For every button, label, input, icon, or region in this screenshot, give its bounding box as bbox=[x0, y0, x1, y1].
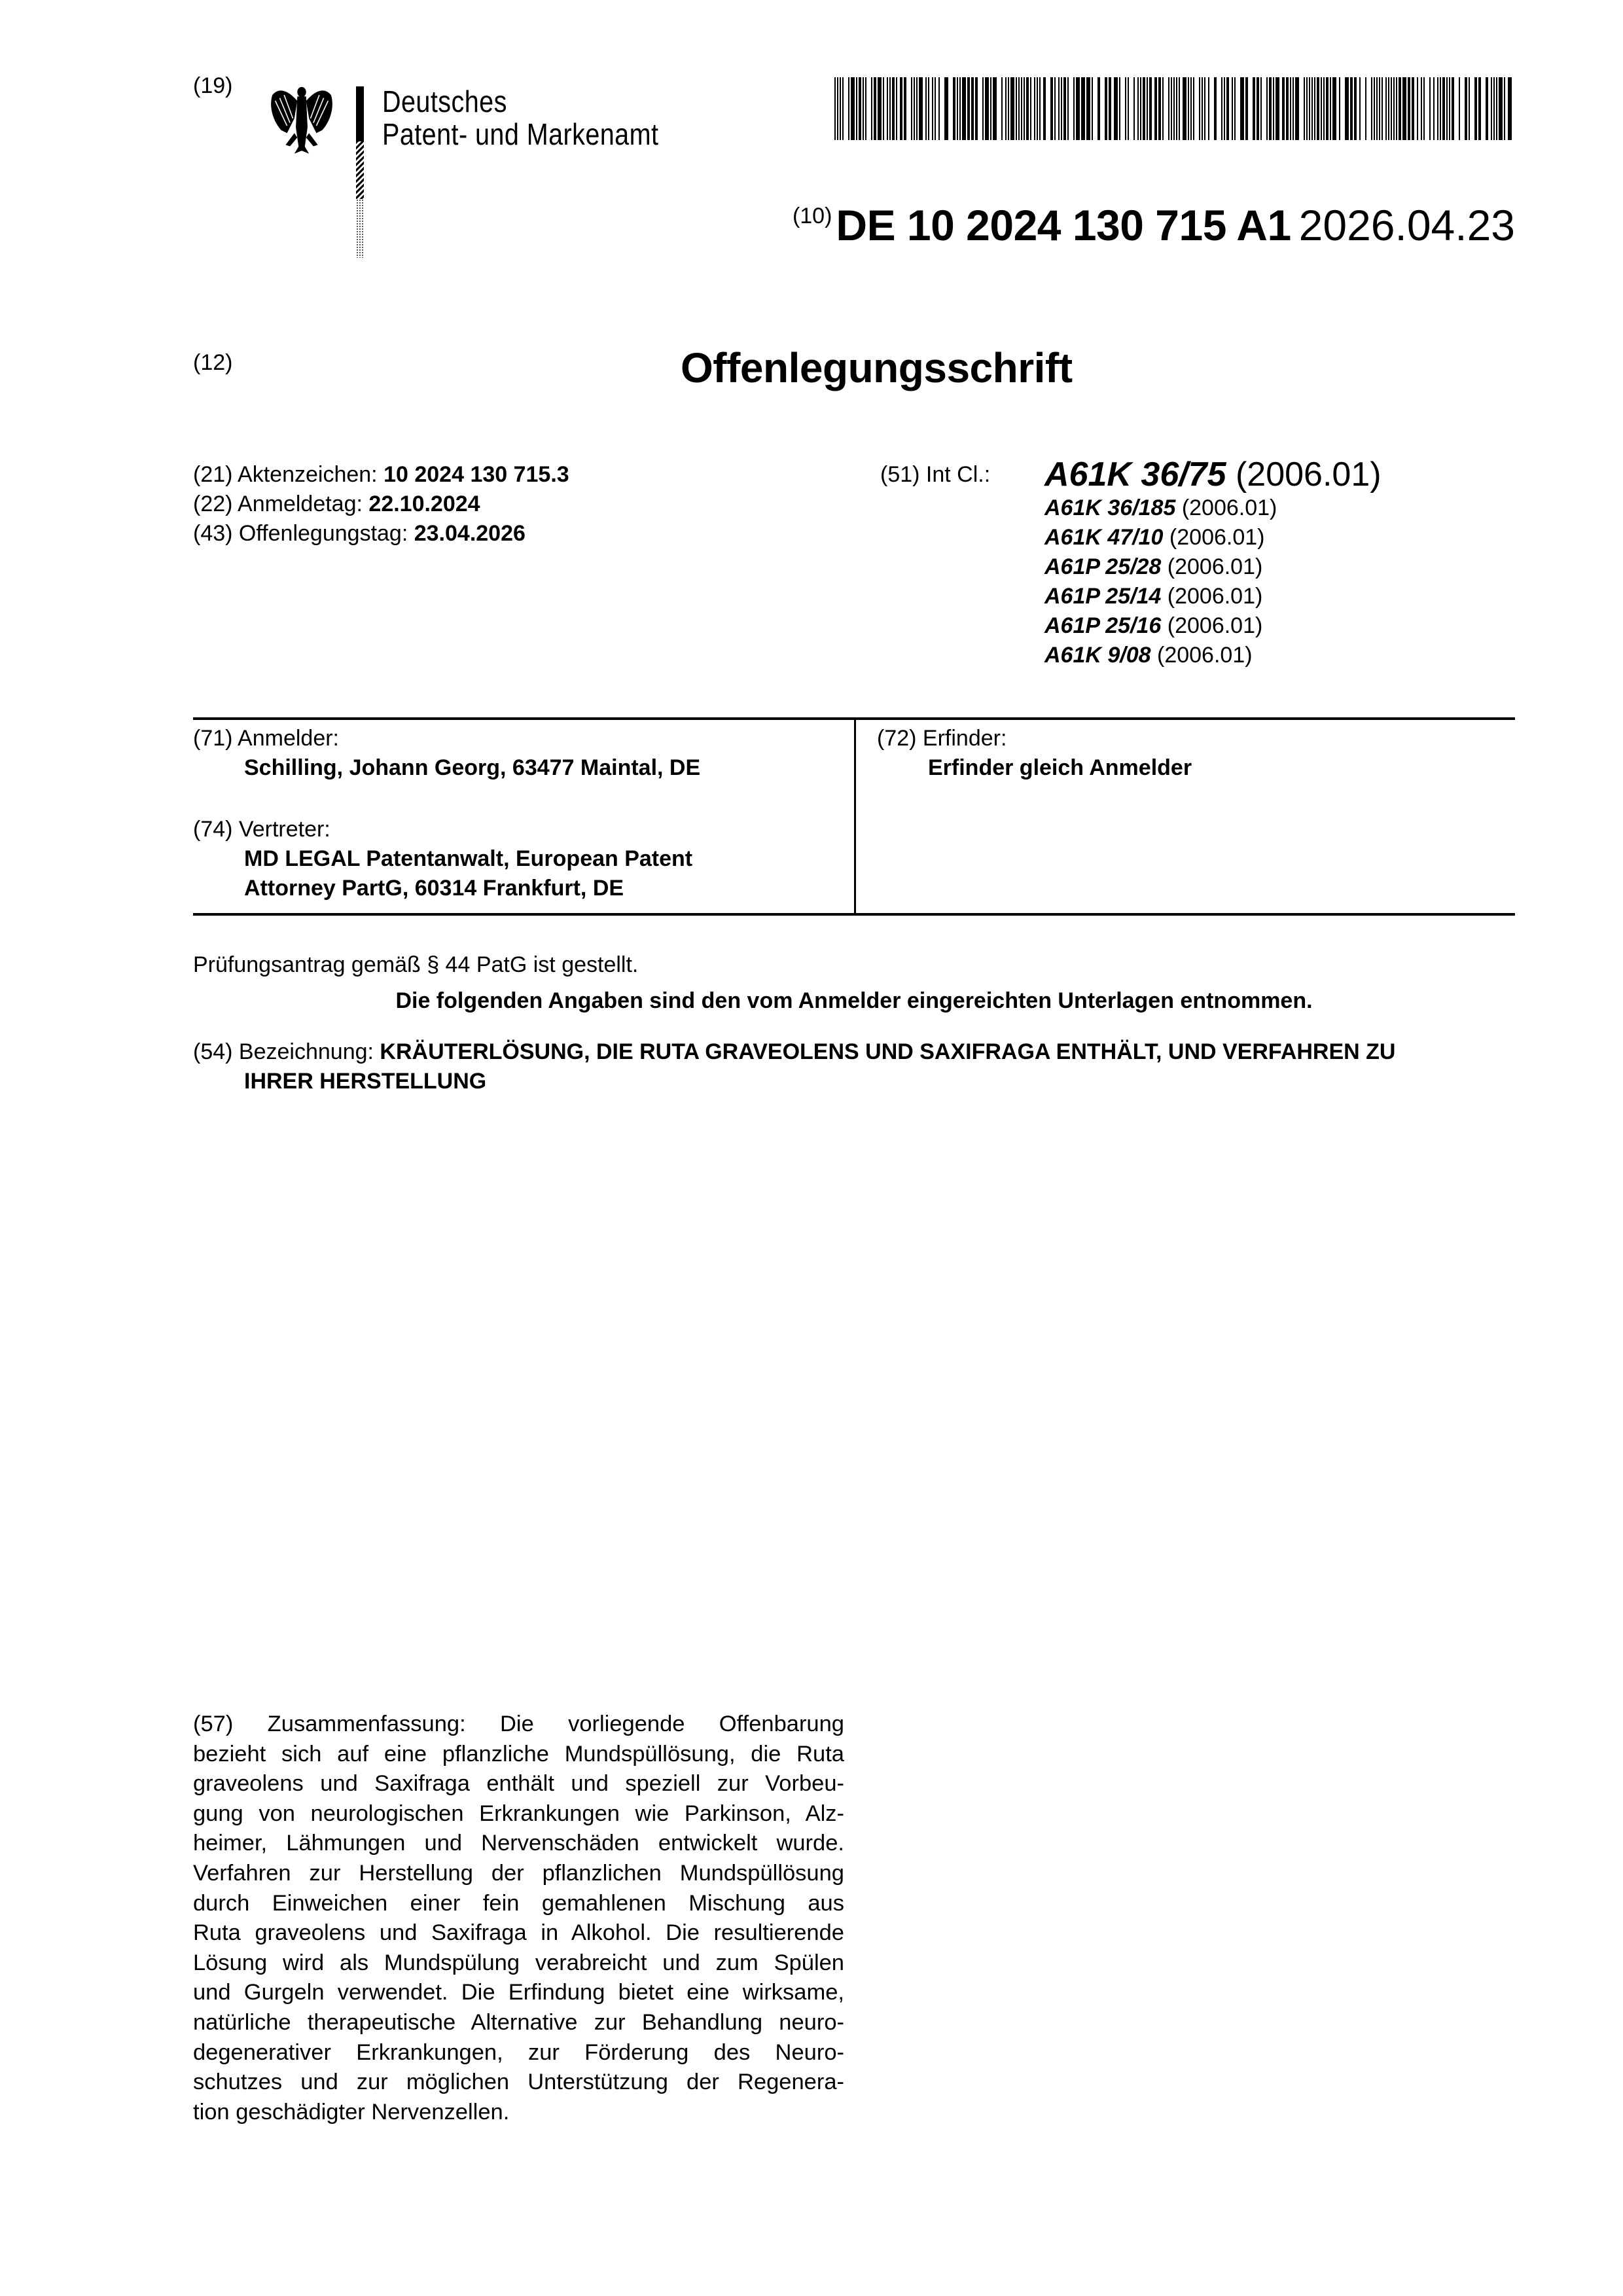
examination-note: Prüfungsantrag gemäß § 44 PatG ist geste… bbox=[193, 952, 638, 978]
filing-date: (22) Anmeldetag: 22.10.2024 bbox=[193, 492, 480, 517]
publication-number: DE 10 2024 130 715 A1 bbox=[836, 201, 1291, 249]
inid-code: (74) bbox=[193, 817, 232, 842]
ipc-version: (2006.01) bbox=[1168, 554, 1263, 579]
laid-open-date: (43) Offenlegungstag: 23.04.2026 bbox=[193, 521, 526, 547]
abstract-line: natürliche therapeutische Alternative zu… bbox=[193, 2008, 844, 2038]
office-name-line1: Deutsches bbox=[382, 84, 507, 119]
ipc-symbol: A61P 25/14 bbox=[1044, 584, 1161, 609]
office-inid-code: (19) bbox=[193, 73, 232, 99]
inventor-section: (72) Erfinder: Erfinder gleich Anmelder bbox=[877, 724, 1192, 783]
ipc-row: A61K 47/10 (2006.01) bbox=[1044, 523, 1382, 552]
field-value: 10 2024 130 715.3 bbox=[383, 462, 569, 487]
title-line2: IHRER HERSTELLUNG bbox=[193, 1067, 1515, 1096]
abstract-line: und Gurgeln verwendet. Die Erfindung bie… bbox=[193, 1978, 844, 2008]
office-name-line2: Patent- und Markenamt bbox=[382, 117, 658, 152]
ipc-symbol: A61P 25/16 bbox=[1044, 613, 1161, 638]
applicant-section: (71) Anmelder: Schilling, Johann Georg, … bbox=[193, 724, 700, 783]
ipc-symbol: A61K 9/08 bbox=[1044, 643, 1151, 668]
divider-vertical bbox=[854, 719, 856, 914]
field-value: 23.04.2026 bbox=[414, 521, 526, 546]
abstract-line: (57) Zusammenfassung: Die vorliegende Of… bbox=[193, 1710, 844, 1740]
int-cl-label: (51) Int Cl.: bbox=[880, 462, 990, 488]
publication-inid-code: (10) bbox=[793, 204, 832, 228]
field-label: Int Cl.: bbox=[926, 462, 990, 487]
field-label: Erfinder: bbox=[923, 726, 1007, 751]
inid-code: (21) bbox=[193, 462, 232, 487]
federal-eagle-icon bbox=[265, 82, 338, 155]
inid-code: (71) bbox=[193, 726, 232, 751]
representative-line: Attorney PartG, 60314 Frankfurt, DE bbox=[193, 874, 692, 903]
ipc-row: A61P 25/28 (2006.01) bbox=[1044, 552, 1382, 582]
ipc-version: (2006.01) bbox=[1168, 584, 1263, 609]
ipc-classification-list: A61K 36/75 (2006.01) A61K 36/185 (2006.0… bbox=[1044, 456, 1382, 670]
title-line1: KRÄUTERLÖSUNG, DIE RUTA GRAVEOLENS UND S… bbox=[380, 1039, 1395, 1064]
ipc-version: (2006.01) bbox=[1157, 643, 1253, 668]
publication-date: 2026.04.23 bbox=[1299, 201, 1515, 249]
abstract-line: Verfahren zur Herstellung der pflanzlich… bbox=[193, 1859, 844, 1889]
publication-number-line: (10)DE 10 2024 130 715 A12026.04.23 bbox=[793, 190, 1515, 251]
abstract-line: degenerativer Erkrankungen, zur Förderun… bbox=[193, 2038, 844, 2068]
abstract-line: heimer, Lähmungen und Nervenschäden entw… bbox=[193, 1829, 844, 1859]
ipc-version: (2006.01) bbox=[1182, 495, 1277, 520]
representative-line: MD LEGAL Patentanwalt, European Patent bbox=[193, 844, 692, 874]
inid-code: (54) bbox=[193, 1039, 232, 1064]
ipc-row: A61K 9/08 (2006.01) bbox=[1044, 641, 1382, 670]
ipc-version: (2006.01) bbox=[1169, 525, 1265, 550]
ipc-symbol: A61K 47/10 bbox=[1044, 525, 1163, 550]
office-logo-bar bbox=[356, 86, 364, 258]
ipc-row: A61K 36/185 (2006.01) bbox=[1044, 493, 1382, 523]
abstract-line: Lösung wird als Mundspülung verabreicht … bbox=[193, 1948, 844, 1979]
applicant-name: Schilling, Johann Georg, 63477 Maintal, … bbox=[193, 753, 700, 783]
field-label: Bezeichnung: bbox=[239, 1039, 374, 1064]
abstract-line: bezieht sich auf eine pflanzliche Mundsp… bbox=[193, 1740, 844, 1770]
inid-code: (72) bbox=[877, 726, 916, 751]
application-number: (21) Aktenzeichen: 10 2024 130 715.3 bbox=[193, 462, 569, 488]
abstract-line: graveolens und Saxifraga enthält und spe… bbox=[193, 1769, 844, 1799]
abstract-line: schutzes und zur möglichen Unterstützung… bbox=[193, 2068, 844, 2098]
ipc-symbol: A61K 36/75 bbox=[1044, 456, 1226, 493]
ipc-row: A61P 25/16 (2006.01) bbox=[1044, 611, 1382, 641]
ipc-row: A61P 25/14 (2006.01) bbox=[1044, 582, 1382, 611]
abstract-line: durch Einweichen einer fein gemahlenen M… bbox=[193, 1889, 844, 1919]
doc-type-inid-code: (12) bbox=[193, 350, 232, 376]
document-title: Offenlegungsschrift bbox=[681, 344, 1073, 392]
representative-section: (74) Vertreter: MD LEGAL Patentanwalt, E… bbox=[193, 815, 692, 903]
ipc-version: (2006.01) bbox=[1168, 613, 1263, 638]
barcode-icon bbox=[834, 77, 1515, 140]
ipc-symbol: A61P 25/28 bbox=[1044, 554, 1161, 579]
ipc-version: (2006.01) bbox=[1236, 456, 1382, 493]
abstract-line: Ruta graveolens und Saxifraga in Alkohol… bbox=[193, 1918, 844, 1948]
inid-code: (22) bbox=[193, 492, 232, 516]
field-label: Vertreter: bbox=[239, 817, 330, 842]
divider-bottom bbox=[193, 913, 1515, 916]
abstract: (57) Zusammenfassung: Die vorliegende Of… bbox=[193, 1710, 844, 2127]
invention-title: (54) Bezeichnung: KRÄUTERLÖSUNG, DIE RUT… bbox=[193, 1037, 1515, 1096]
inid-code: (51) bbox=[880, 462, 919, 487]
field-value: 22.10.2024 bbox=[368, 492, 480, 516]
source-note: Die folgenden Angaben sind den vom Anmel… bbox=[0, 988, 1623, 1014]
ipc-main: A61K 36/75 (2006.01) bbox=[1044, 456, 1382, 493]
field-label: Anmeldetag: bbox=[238, 492, 363, 516]
field-label: Offenlegungstag: bbox=[239, 521, 408, 546]
abstract-line: gung von neurologischen Erkrankungen wie… bbox=[193, 1799, 844, 1829]
field-label: Aktenzeichen: bbox=[238, 462, 378, 487]
inventor-name: Erfinder gleich Anmelder bbox=[877, 753, 1192, 783]
ipc-symbol: A61K 36/185 bbox=[1044, 495, 1175, 520]
abstract-line: tion geschädigter Nervenzellen. bbox=[193, 2098, 844, 2128]
field-label: Anmelder: bbox=[238, 726, 339, 751]
inid-code: (43) bbox=[193, 521, 232, 546]
